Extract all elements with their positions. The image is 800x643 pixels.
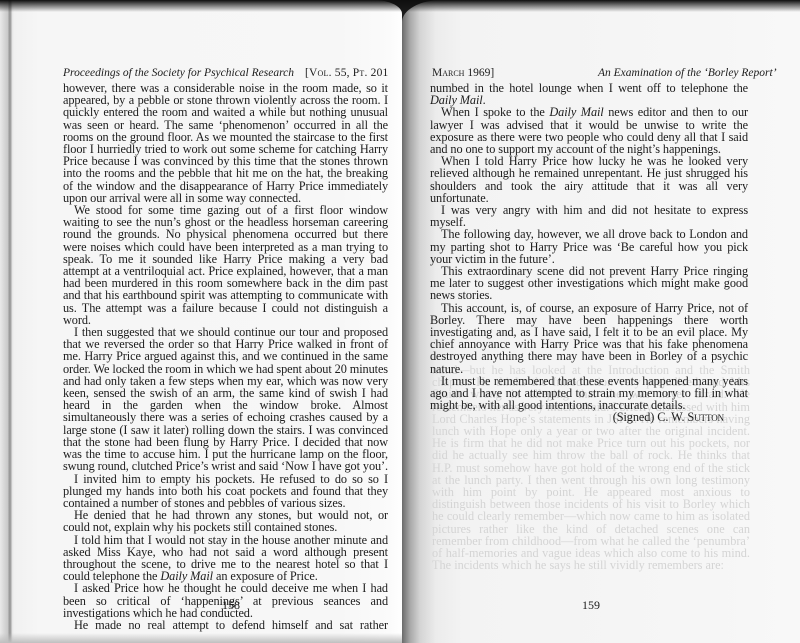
paragraph: We stood for some time gazing out of a f… [63,204,388,326]
right-body-text: numbed in the hotel lounge when I went o… [430,82,748,424]
left-page: Proceedings of the Society for Psychical… [0,0,402,643]
paragraph: I then suggested that we should continue… [63,326,388,472]
left-body-text: however, there was a considerable noise … [63,82,388,631]
paragraph: however, there was a considerable noise … [63,82,388,204]
running-head-date: March 1969] [432,67,494,79]
paragraph: numbed in the hotel lounge when I went o… [430,82,748,106]
paragraph: I told him that I would not stay in the … [63,534,388,583]
signature-prefix: (Signed) C. W. [613,410,688,424]
paragraph: I invited him to empty his pockets. He r… [63,473,388,510]
right-page: March 1969] An Examination of the ‘Borle… [402,0,800,643]
book-spread: Proceedings of the Society for Psychical… [0,0,800,643]
paragraph: When I told Harry Price how lucky he was… [430,155,748,204]
page-shadow [0,633,402,643]
page-number-right: 159 [582,598,600,613]
running-head-volume: [Vol. 55, Pt. 201 [305,67,388,79]
paragraph: He denied that he had thrown any stones,… [63,509,388,533]
running-head-article-title: An Examination of the ‘Borley Report’ [598,67,777,79]
page-number-left: 158 [222,598,240,613]
paragraph: It must be remembered that these events … [430,375,748,412]
page-edge-stack [8,0,12,643]
signature-name: Sutton [687,410,724,424]
paragraph: I was very angry with him and did not he… [430,204,748,228]
paragraph: When I spoke to the Daily Mail news edit… [430,106,748,155]
paragraph: The following day, however, we all drove… [430,228,748,265]
paragraph: This extraordinary scene did not prevent… [430,265,748,302]
signature: (Signed) C. W. Sutton [430,411,748,423]
running-head-journal-title: Proceedings of the Society for Psychical… [63,67,294,79]
paragraph: He made no real attempt to defend himsel… [63,619,388,631]
top-shadow [0,0,800,12]
paragraph: This account, is, of course, an exposure… [430,302,748,375]
